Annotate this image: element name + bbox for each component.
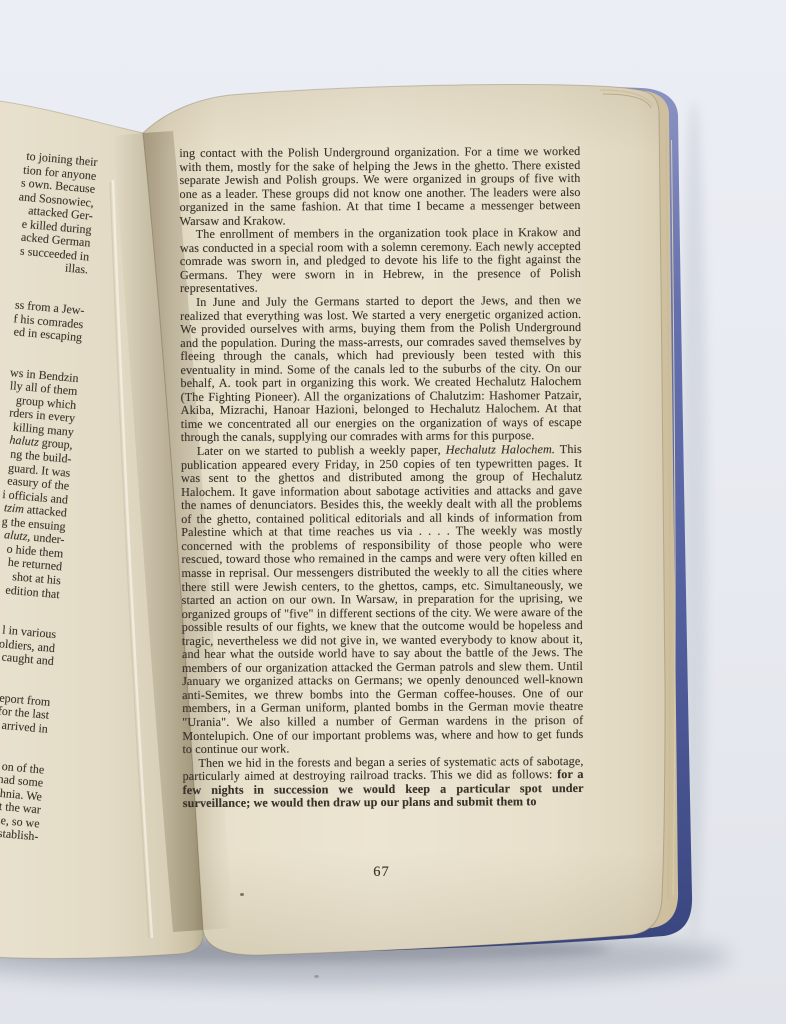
paragraph: In June and July the Germans started to …: [180, 294, 582, 445]
paragraph: ing contact with the Polish Underground …: [179, 145, 580, 228]
text-segment: In June and July the Germans started to …: [180, 293, 582, 445]
text-segment: Then we hid in the forests and began a s…: [183, 754, 584, 784]
left-page: to joining theirtion for anyones own. Be…: [0, 92, 156, 962]
right-page-text: ing contact with the Polish Underground …: [179, 145, 583, 811]
left-page-text: to joining theirtion for anyones own. Be…: [0, 136, 98, 844]
paragraph: Later on we started to publish a weekly …: [181, 443, 584, 757]
book-photo: to joining theirtion for anyones own. Be…: [0, 0, 786, 1024]
page-speck: [240, 893, 244, 896]
italic-phrase: Hechalutz Halochem.: [446, 442, 555, 457]
text-segment: establish-: [0, 826, 39, 844]
text-segment: The enrollment of members in the organiz…: [180, 225, 581, 295]
backdrop-speck: [314, 975, 319, 978]
text-segment: illas.: [65, 261, 89, 277]
text-segment: This publication appeared every Friday, …: [181, 442, 583, 756]
text-segment: ing contact with the Polish Underground …: [179, 144, 580, 228]
paragraph: Then we hid in the forests and began a s…: [182, 755, 583, 811]
paragraph: The enrollment of members in the organiz…: [180, 226, 581, 296]
page-number: 67: [181, 864, 582, 881]
